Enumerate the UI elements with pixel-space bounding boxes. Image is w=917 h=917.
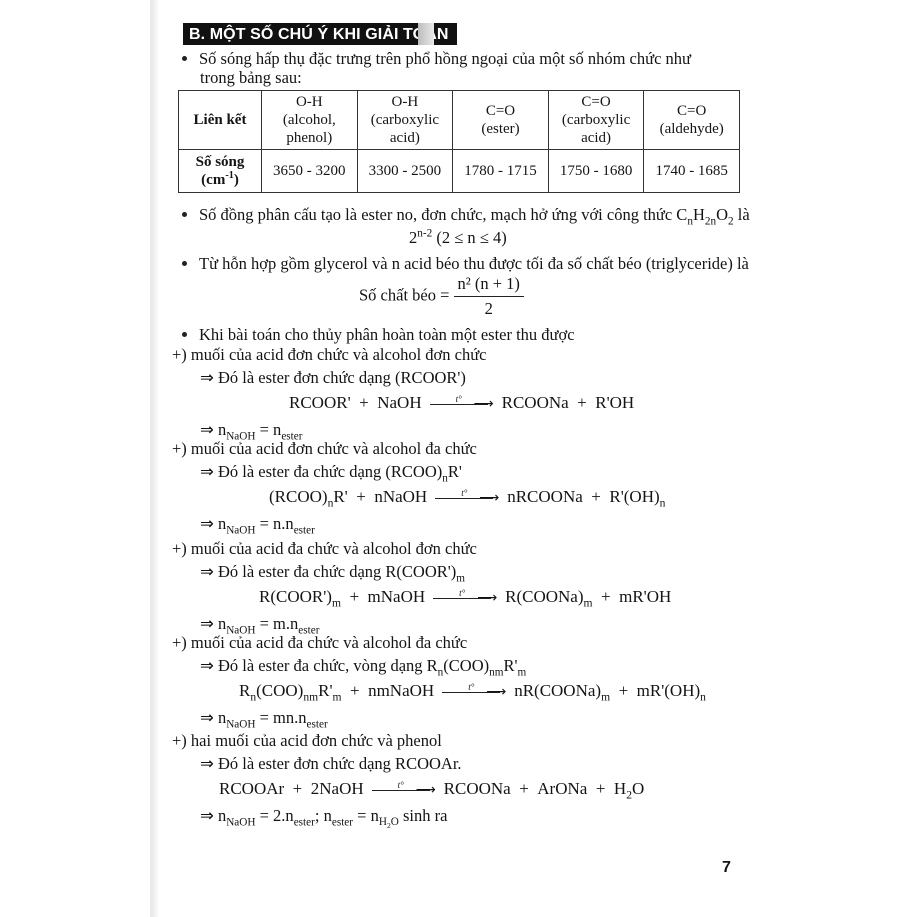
heading-decoration bbox=[418, 23, 434, 45]
reaction-arrow-icon: t°⟶ bbox=[372, 784, 436, 796]
table-cell-range: 3650 - 3200 bbox=[262, 150, 358, 193]
bullet-icon bbox=[182, 212, 187, 217]
case-heading: +) muối của acid đa chức và alcohol đa c… bbox=[172, 633, 467, 653]
reaction-arrow-icon: t°⟶ bbox=[433, 592, 497, 604]
case-ester-form: ⇒ Đó là ester đa chức dạng (RCOO)nR' bbox=[200, 462, 462, 482]
ir-absorption-table: Liên kết O-H(alcohol,phenol) O-H(carboxy… bbox=[178, 90, 740, 193]
table-cell-range: 1750 - 1680 bbox=[548, 150, 644, 193]
isomer-note: Số đồng phân cấu tạo là ester no, đơn ch… bbox=[182, 205, 750, 225]
table-cell-range: 1740 - 1685 bbox=[644, 150, 740, 193]
reaction-equation: (RCOO)nR' + nNaOHt°⟶nRCOONa + R'(OH)n bbox=[269, 487, 665, 507]
hydrolysis-intro: Khi bài toán cho thủy phân hoàn toàn một… bbox=[182, 325, 575, 345]
page-number: 7 bbox=[722, 859, 731, 877]
mole-relation: ⇒ nNaOH = n.nester bbox=[200, 514, 315, 534]
case-heading: +) muối của acid đa chức và alcohol đơn … bbox=[172, 539, 477, 559]
table-cell: C=O(aldehyde) bbox=[644, 91, 740, 150]
table-cell: O-H(alcohol,phenol) bbox=[262, 91, 358, 150]
ir-intro-text: Số sóng hấp thụ đặc trưng trên phổ hồng … bbox=[199, 49, 691, 68]
case-heading: +) hai muối của acid đơn chức và phenol bbox=[172, 731, 442, 751]
fraction: n² (n + 1)2 bbox=[454, 274, 524, 319]
reaction-arrow-icon: t°⟶ bbox=[430, 398, 494, 410]
table-cell: C=O(ester) bbox=[453, 91, 549, 150]
case-heading: +) muối của acid đơn chức và alcohol đa … bbox=[172, 439, 477, 459]
reaction-equation: RCOOR' + NaOHt°⟶RCOONa + R'OH bbox=[289, 393, 634, 413]
bullet-icon bbox=[182, 332, 187, 337]
table-cell-range: 1780 - 1715 bbox=[453, 150, 549, 193]
isomer-formula: 2n-2 (2 ≤ n ≤ 4) bbox=[409, 228, 507, 248]
table-cell: O-H(carboxylicacid) bbox=[357, 91, 453, 150]
ir-intro-line2: trong bảng sau: bbox=[200, 68, 302, 88]
case-ester-form: ⇒ Đó là ester đơn chức dạng RCOOAr. bbox=[200, 754, 462, 774]
bullet-icon bbox=[182, 56, 187, 61]
fat-note: Từ hỗn hợp gồm glycerol và n acid béo th… bbox=[182, 254, 749, 274]
reaction-arrow-icon: t°⟶ bbox=[442, 686, 506, 698]
bullet-icon bbox=[182, 261, 187, 266]
reaction-equation: Rn(COO)nmR'm + nmNaOHt°⟶nR(COONa)m + mR'… bbox=[239, 681, 706, 701]
table-cell: C=O(carboxylicacid) bbox=[548, 91, 644, 150]
reaction-equation: R(COOR')m + mNaOHt°⟶R(COONa)m + mR'OH bbox=[259, 587, 671, 607]
table-cell-range: 3300 - 2500 bbox=[357, 150, 453, 193]
case-heading: +) muối của acid đơn chức và alcohol đơn… bbox=[172, 345, 487, 365]
mole-relation: ⇒ nNaOH = nester bbox=[200, 420, 303, 440]
table-header-wavenumber: Số sóng(cm-1) bbox=[179, 150, 262, 193]
mole-relation: ⇒ nNaOH = 2.nester; nester = nH2O sinh r… bbox=[200, 806, 447, 827]
section-heading: B. MỘT SỐ CHÚ Ý KHI GIẢI TOÁN bbox=[183, 23, 457, 45]
case-ester-form: ⇒ Đó là ester đa chức, vòng dạng Rn(COO)… bbox=[200, 656, 526, 676]
reaction-arrow-icon: t°⟶ bbox=[435, 492, 499, 504]
textbook-page: B. MỘT SỐ CHÚ Ý KHI GIẢI TOÁN Số sóng hấ… bbox=[159, 0, 759, 917]
case-ester-form: ⇒ Đó là ester đơn chức dạng (RCOOR') bbox=[200, 368, 466, 388]
case-ester-form: ⇒ Đó là ester đa chức dạng R(COOR')m bbox=[200, 562, 465, 582]
table-row-bond: Liên kết O-H(alcohol,phenol) O-H(carboxy… bbox=[179, 91, 740, 150]
page-edge-shadow bbox=[150, 0, 159, 917]
mole-relation: ⇒ nNaOH = mn.nester bbox=[200, 708, 328, 728]
fat-formula: Số chất béo = n² (n + 1)2 bbox=[359, 274, 524, 319]
reaction-equation: RCOOAr + 2NaOHt°⟶RCOONa + ArONa + H2O bbox=[219, 779, 644, 799]
table-header-bond: Liên kết bbox=[179, 91, 262, 150]
mole-relation: ⇒ nNaOH = m.nester bbox=[200, 614, 319, 634]
ir-intro-line1: Số sóng hấp thụ đặc trưng trên phổ hồng … bbox=[182, 49, 691, 69]
table-row-wavenumber: Số sóng(cm-1) 3650 - 3200 3300 - 2500 17… bbox=[179, 150, 740, 193]
